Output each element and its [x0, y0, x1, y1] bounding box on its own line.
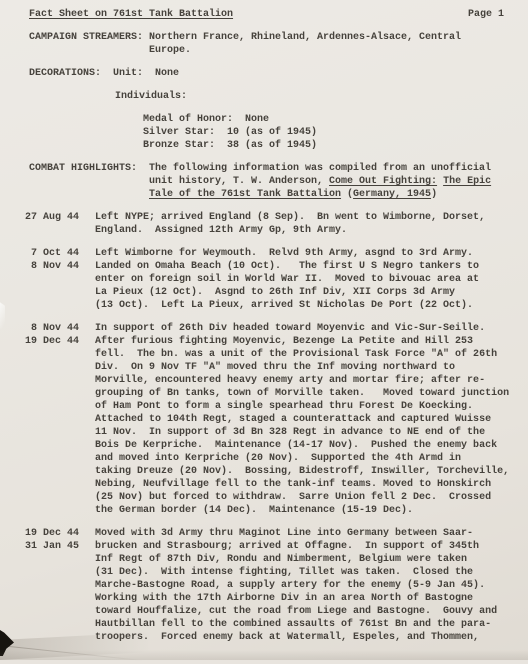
text-line: Marche-Bastogne Road, a supply artery fo…: [95, 579, 497, 592]
text-line: Inf Regt of 87th Div, Rondu and Nimberme…: [95, 553, 497, 566]
text-line: England. Assigned 12th Army Gp, 9th Army…: [95, 224, 485, 237]
entry-dates: 8 Nov 4419 Dec 44: [24, 322, 79, 348]
campaign-streamers-value: Northern France, Rhineland, Ardennes-Als…: [149, 31, 461, 57]
text-line: Attached to 104th Regt, staged a counter…: [95, 413, 509, 426]
section-decorations: DECORATIONS: Unit: None: [29, 67, 504, 80]
page-number: Page 1: [468, 8, 504, 21]
text-line: Hautbillan fell to the combined assaults…: [95, 618, 497, 631]
text-line: taking Dreuze (20 Nov). Bossing, Bidestr…: [95, 465, 509, 478]
text-line: enter on foreign soil in World War II. M…: [95, 273, 479, 286]
section-campaign-streamers: CAMPAIGN STREAMERS: Northern France, Rhi…: [29, 31, 504, 57]
text-line: La Pieux (12 Oct). Asgnd to 26th Inf Div…: [95, 286, 479, 299]
plain-text: unit history, T. W. Anderson,: [149, 176, 329, 187]
text-line: (13 Oct). Left La Pieux, arrived St Nich…: [95, 299, 479, 312]
entry-date: 31 Jan 45: [24, 540, 79, 553]
page-header: Fact Sheet on 761st Tank Battalion Page …: [29, 8, 504, 21]
entry-date: 19 Dec 44: [24, 527, 79, 540]
award-line: Silver Star: 10 (as of 1945): [143, 126, 504, 139]
text-line: Moved with 3d Army thru Maginot Line int…: [95, 527, 497, 540]
book-title-part: Tale of the 761st Tank Battalion: [149, 189, 341, 200]
entry-date: 8 Nov 44: [24, 260, 79, 273]
text-line: Working with the 17th Airborne Div in an…: [95, 592, 497, 605]
text-line: After furious fighting Moyenvic, Bezenge…: [95, 335, 509, 348]
entry-dates: 19 Dec 4431 Jan 45: [24, 527, 79, 553]
text-line: In support of 26th Div headed toward Moy…: [95, 322, 509, 335]
entry-dates: 27 Aug 44: [24, 211, 79, 224]
entry-text: In support of 26th Div headed toward Moy…: [95, 322, 509, 517]
value-line: Northern France, Rhineland, Ardennes-Als…: [149, 31, 461, 44]
text-line: (31 Dec). With intense fighting, Tillet …: [95, 566, 497, 579]
text-line: Bois De Kerpriche. Maintenance (14-17 No…: [95, 439, 509, 452]
decorations-unit-value: Unit: None: [113, 67, 179, 80]
text-line: of Ham Pont to form a single spearhead t…: [95, 400, 509, 413]
book-title-part: Germany, 1945: [353, 189, 431, 200]
entry-date: 8 Nov 44: [24, 322, 79, 335]
text-line: grouping of Bn tanks, town of Morville t…: [95, 387, 509, 400]
text-line: fell. The bn. was a unit of the Provisio…: [95, 348, 509, 361]
value-line: Tale of the 761st Tank Battalion (German…: [149, 188, 491, 201]
text-line: and moved into Kerpriche (20 Nov). Suppo…: [95, 452, 509, 465]
value-line: The following information was compiled f…: [149, 162, 491, 175]
entry-text: Left Wimborne for Weymouth. Relvd 9th Ar…: [95, 247, 479, 312]
timeline-entry: 8 Nov 4419 Dec 44 In support of 26th Div…: [24, 322, 504, 517]
text-line: Landed on Omaha Beach (10 Oct). The firs…: [95, 260, 479, 273]
individual-awards-list: Medal of Honor: NoneSilver Star: 10 (as …: [143, 113, 504, 152]
entry-text: Left NYPE; arrived England (8 Sep). Bn w…: [95, 211, 485, 237]
text-line: toward Houffalize, cut the road from Lie…: [95, 605, 497, 618]
text-line: Morville, encountered heavy enemy arty a…: [95, 374, 509, 387]
value-line: unit history, T. W. Anderson, Come Out F…: [149, 175, 491, 188]
text-line: the German border (14 Dec). Maintenance …: [95, 504, 509, 517]
text-line: Div. On 9 Nov TF "A" moved thru the Inf …: [95, 361, 509, 374]
text-line: 11 Nov. In support of 3d Bn 328 Regt in …: [95, 426, 509, 439]
award-line: Medal of Honor: None: [143, 113, 504, 126]
entry-date: 19 Dec 44: [24, 335, 79, 348]
paper-crease-mark: [0, 302, 5, 332]
section-combat-highlights: COMBAT HIGHLIGHTS: The following informa…: [29, 162, 504, 201]
entry-text: Moved with 3d Army thru Maginot Line int…: [95, 527, 497, 644]
combat-highlights-label: COMBAT HIGHLIGHTS:: [29, 162, 149, 175]
page-bottom-shadow: [0, 650, 528, 660]
entry-date: 27 Aug 44: [24, 211, 79, 224]
plain-text: ): [431, 189, 437, 200]
book-title-part: The Epic: [443, 176, 491, 187]
page-title: Fact Sheet on 761st Tank Battalion: [29, 8, 233, 21]
award-line: Bronze Star: 38 (as of 1945): [143, 139, 504, 152]
decorations-label: DECORATIONS:: [29, 67, 101, 80]
entry-date: 7 Oct 44: [24, 247, 79, 260]
timeline-entry: 27 Aug 44 Left NYPE; arrived England (8 …: [24, 211, 504, 237]
individuals-label: Individuals:: [115, 90, 504, 103]
book-title-part: Come Out Fighting:: [329, 176, 437, 187]
document-page: Fact Sheet on 761st Tank Battalion Page …: [0, 0, 528, 660]
timeline-entry: 7 Oct 448 Nov 44 Left Wimborne for Weymo…: [24, 247, 504, 312]
entry-dates: 7 Oct 448 Nov 44: [24, 247, 79, 273]
timeline-entry: 19 Dec 4431 Jan 45 Moved with 3d Army th…: [24, 527, 504, 644]
text-line: (25 Nov) but forced to withdraw. Sarre U…: [95, 491, 509, 504]
text-line: brucken and Strasbourg; arrived at Offag…: [95, 540, 497, 553]
value-line: Europe.: [149, 44, 461, 57]
text-line: Left NYPE; arrived England (8 Sep). Bn w…: [95, 211, 485, 224]
plain-text: (: [341, 189, 353, 200]
text-line: Left Wimborne for Weymouth. Relvd 9th Ar…: [95, 247, 479, 260]
text-line: Nebing, Neufvillage fell to the tank-inf…: [95, 478, 509, 491]
campaign-streamers-label: CAMPAIGN STREAMERS:: [29, 31, 149, 44]
combat-highlights-value: The following information was compiled f…: [149, 162, 491, 201]
